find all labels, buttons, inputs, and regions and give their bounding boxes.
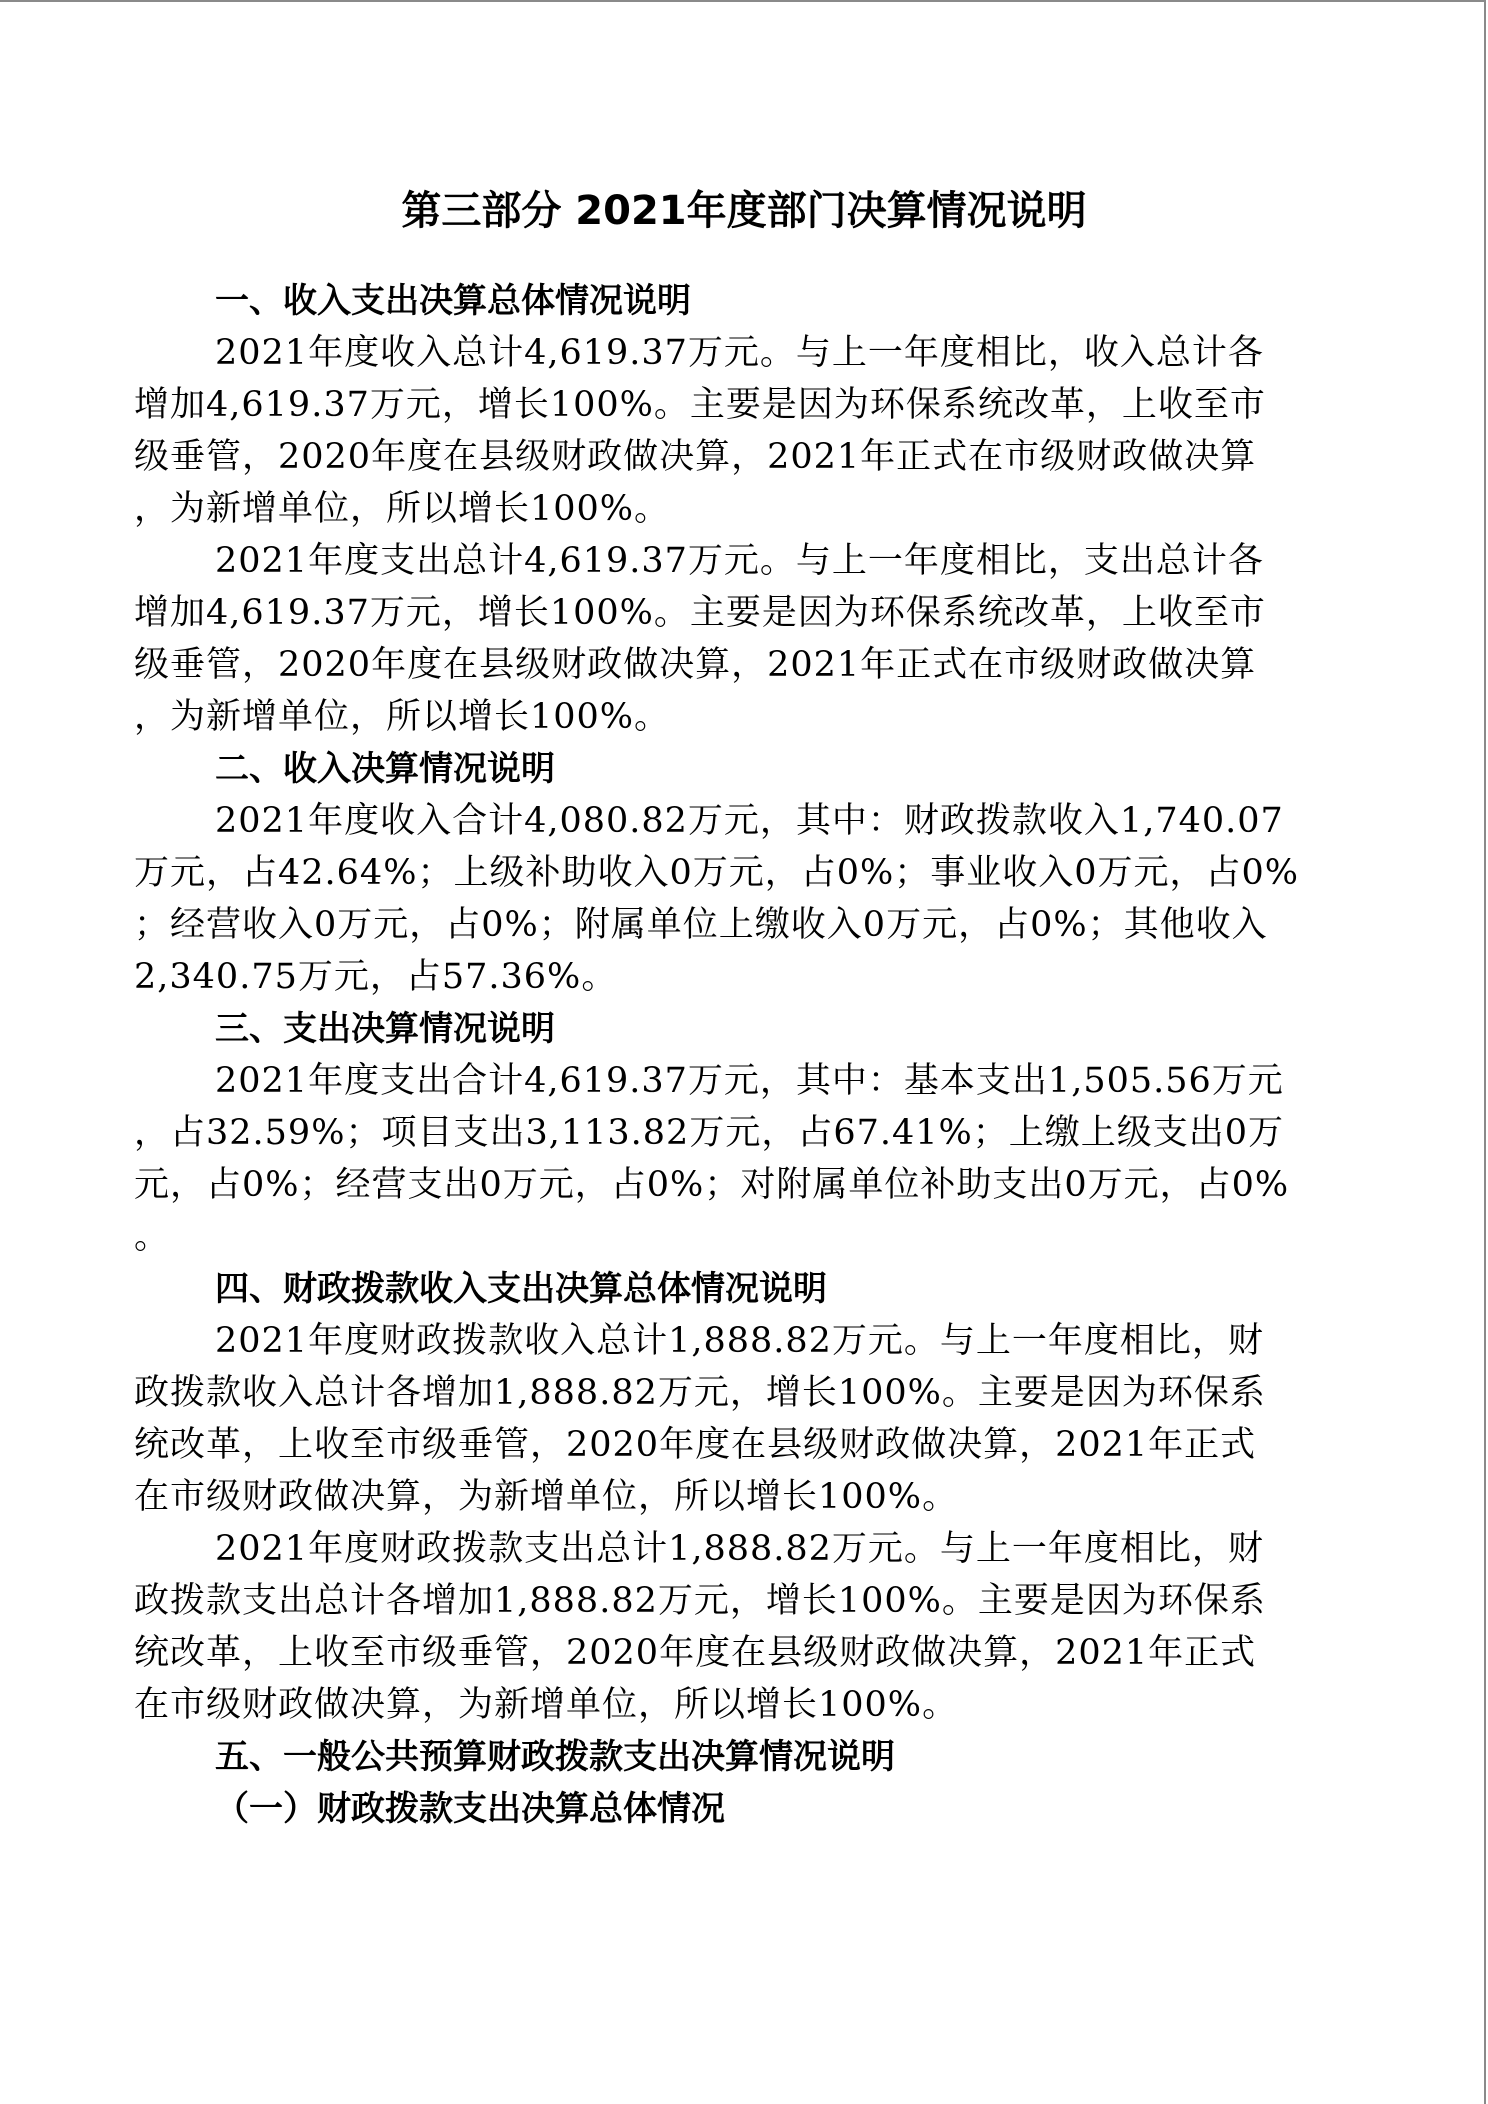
paragraph-line: ；经营收入0万元，占0%；附属单位上缴收入0万元，占0%；其他收入 bbox=[134, 899, 1344, 951]
paragraph-line: 在市级财政做决算，为新增单位，所以增长100%。 bbox=[134, 1679, 1344, 1731]
paragraph-line: 级垂管，2020年度在县级财政做决算，2021年正式在市级财政做决算 bbox=[134, 639, 1344, 691]
paragraph-line: 在市级财政做决算，为新增单位，所以增长100%。 bbox=[134, 1471, 1344, 1523]
paragraph-line: 统改革，上收至市级垂管，2020年度在县级财政做决算，2021年正式 bbox=[134, 1627, 1344, 1679]
paragraph-line: 统改革，上收至市级垂管，2020年度在县级财政做决算，2021年正式 bbox=[134, 1419, 1344, 1471]
paragraph-line: 增加4,619.37万元，增长100%。主要是因为环保系统改革，上收至市 bbox=[134, 379, 1344, 431]
paragraph-line: 2021年度收入总计4,619.37万元。与上一年度相比，收入总计各 bbox=[215, 327, 1425, 379]
paragraph-line: 增加4,619.37万元，增长100%。主要是因为环保系统改革，上收至市 bbox=[134, 587, 1344, 639]
paragraph-line: 。 bbox=[134, 1211, 1344, 1263]
paragraph-line: 级垂管，2020年度在县级财政做决算，2021年正式在市级财政做决算 bbox=[134, 431, 1344, 483]
paragraph-line: 2021年度财政拨款收入总计1,888.82万元。与上一年度相比，财 bbox=[215, 1315, 1425, 1367]
paragraph-line: 万元，占42.64%；上级补助收入0万元，占0%；事业收入0万元，占0% bbox=[134, 847, 1344, 899]
section-heading-1: 一、收入支出决算总体情况说明 bbox=[215, 275, 691, 327]
section-heading-2: 二、收入决算情况说明 bbox=[215, 743, 555, 795]
paragraph-line: 元，占0%；经营支出0万元，占0%；对附属单位补助支出0万元，占0% bbox=[134, 1159, 1344, 1211]
paragraph-line: ，为新增单位，所以增长100%。 bbox=[134, 691, 1344, 743]
paragraph-line: 2021年度支出合计4,619.37万元，其中：基本支出1,505.56万元 bbox=[215, 1055, 1425, 1107]
section-heading-4: 四、财政拨款收入支出决算总体情况说明 bbox=[215, 1263, 827, 1315]
document-page: 第三部分 2021年度部门决算情况说明 一、收入支出决算总体情况说明 2021年… bbox=[0, 0, 1486, 2104]
paragraph-line: 2021年度财政拨款支出总计1,888.82万元。与上一年度相比，财 bbox=[215, 1523, 1425, 1575]
paragraph-line: 2,340.75万元，占57.36%。 bbox=[134, 951, 1344, 1003]
paragraph-line: 政拨款收入总计各增加1,888.82万元，增长100%。主要是因为环保系 bbox=[134, 1367, 1344, 1419]
section-heading-5: 五、一般公共预算财政拨款支出决算情况说明 bbox=[215, 1731, 895, 1783]
paragraph-line: ，占32.59%；项目支出3,113.82万元，占67.41%；上缴上级支出0万 bbox=[134, 1107, 1344, 1159]
section-heading-3: 三、支出决算情况说明 bbox=[215, 1003, 555, 1055]
paragraph-line: 2021年度收入合计4,080.82万元，其中：财政拨款收入1,740.07 bbox=[215, 795, 1425, 847]
document-title: 第三部分 2021年度部门决算情况说明 bbox=[0, 186, 1488, 236]
subsection-heading-5-1: （一）财政拨款支出决算总体情况 bbox=[215, 1783, 725, 1835]
paragraph-line: 2021年度支出总计4,619.37万元。与上一年度相比，支出总计各 bbox=[215, 535, 1425, 587]
paragraph-line: 政拨款支出总计各增加1,888.82万元，增长100%。主要是因为环保系 bbox=[134, 1575, 1344, 1627]
paragraph-line: ，为新增单位，所以增长100%。 bbox=[134, 483, 1344, 535]
